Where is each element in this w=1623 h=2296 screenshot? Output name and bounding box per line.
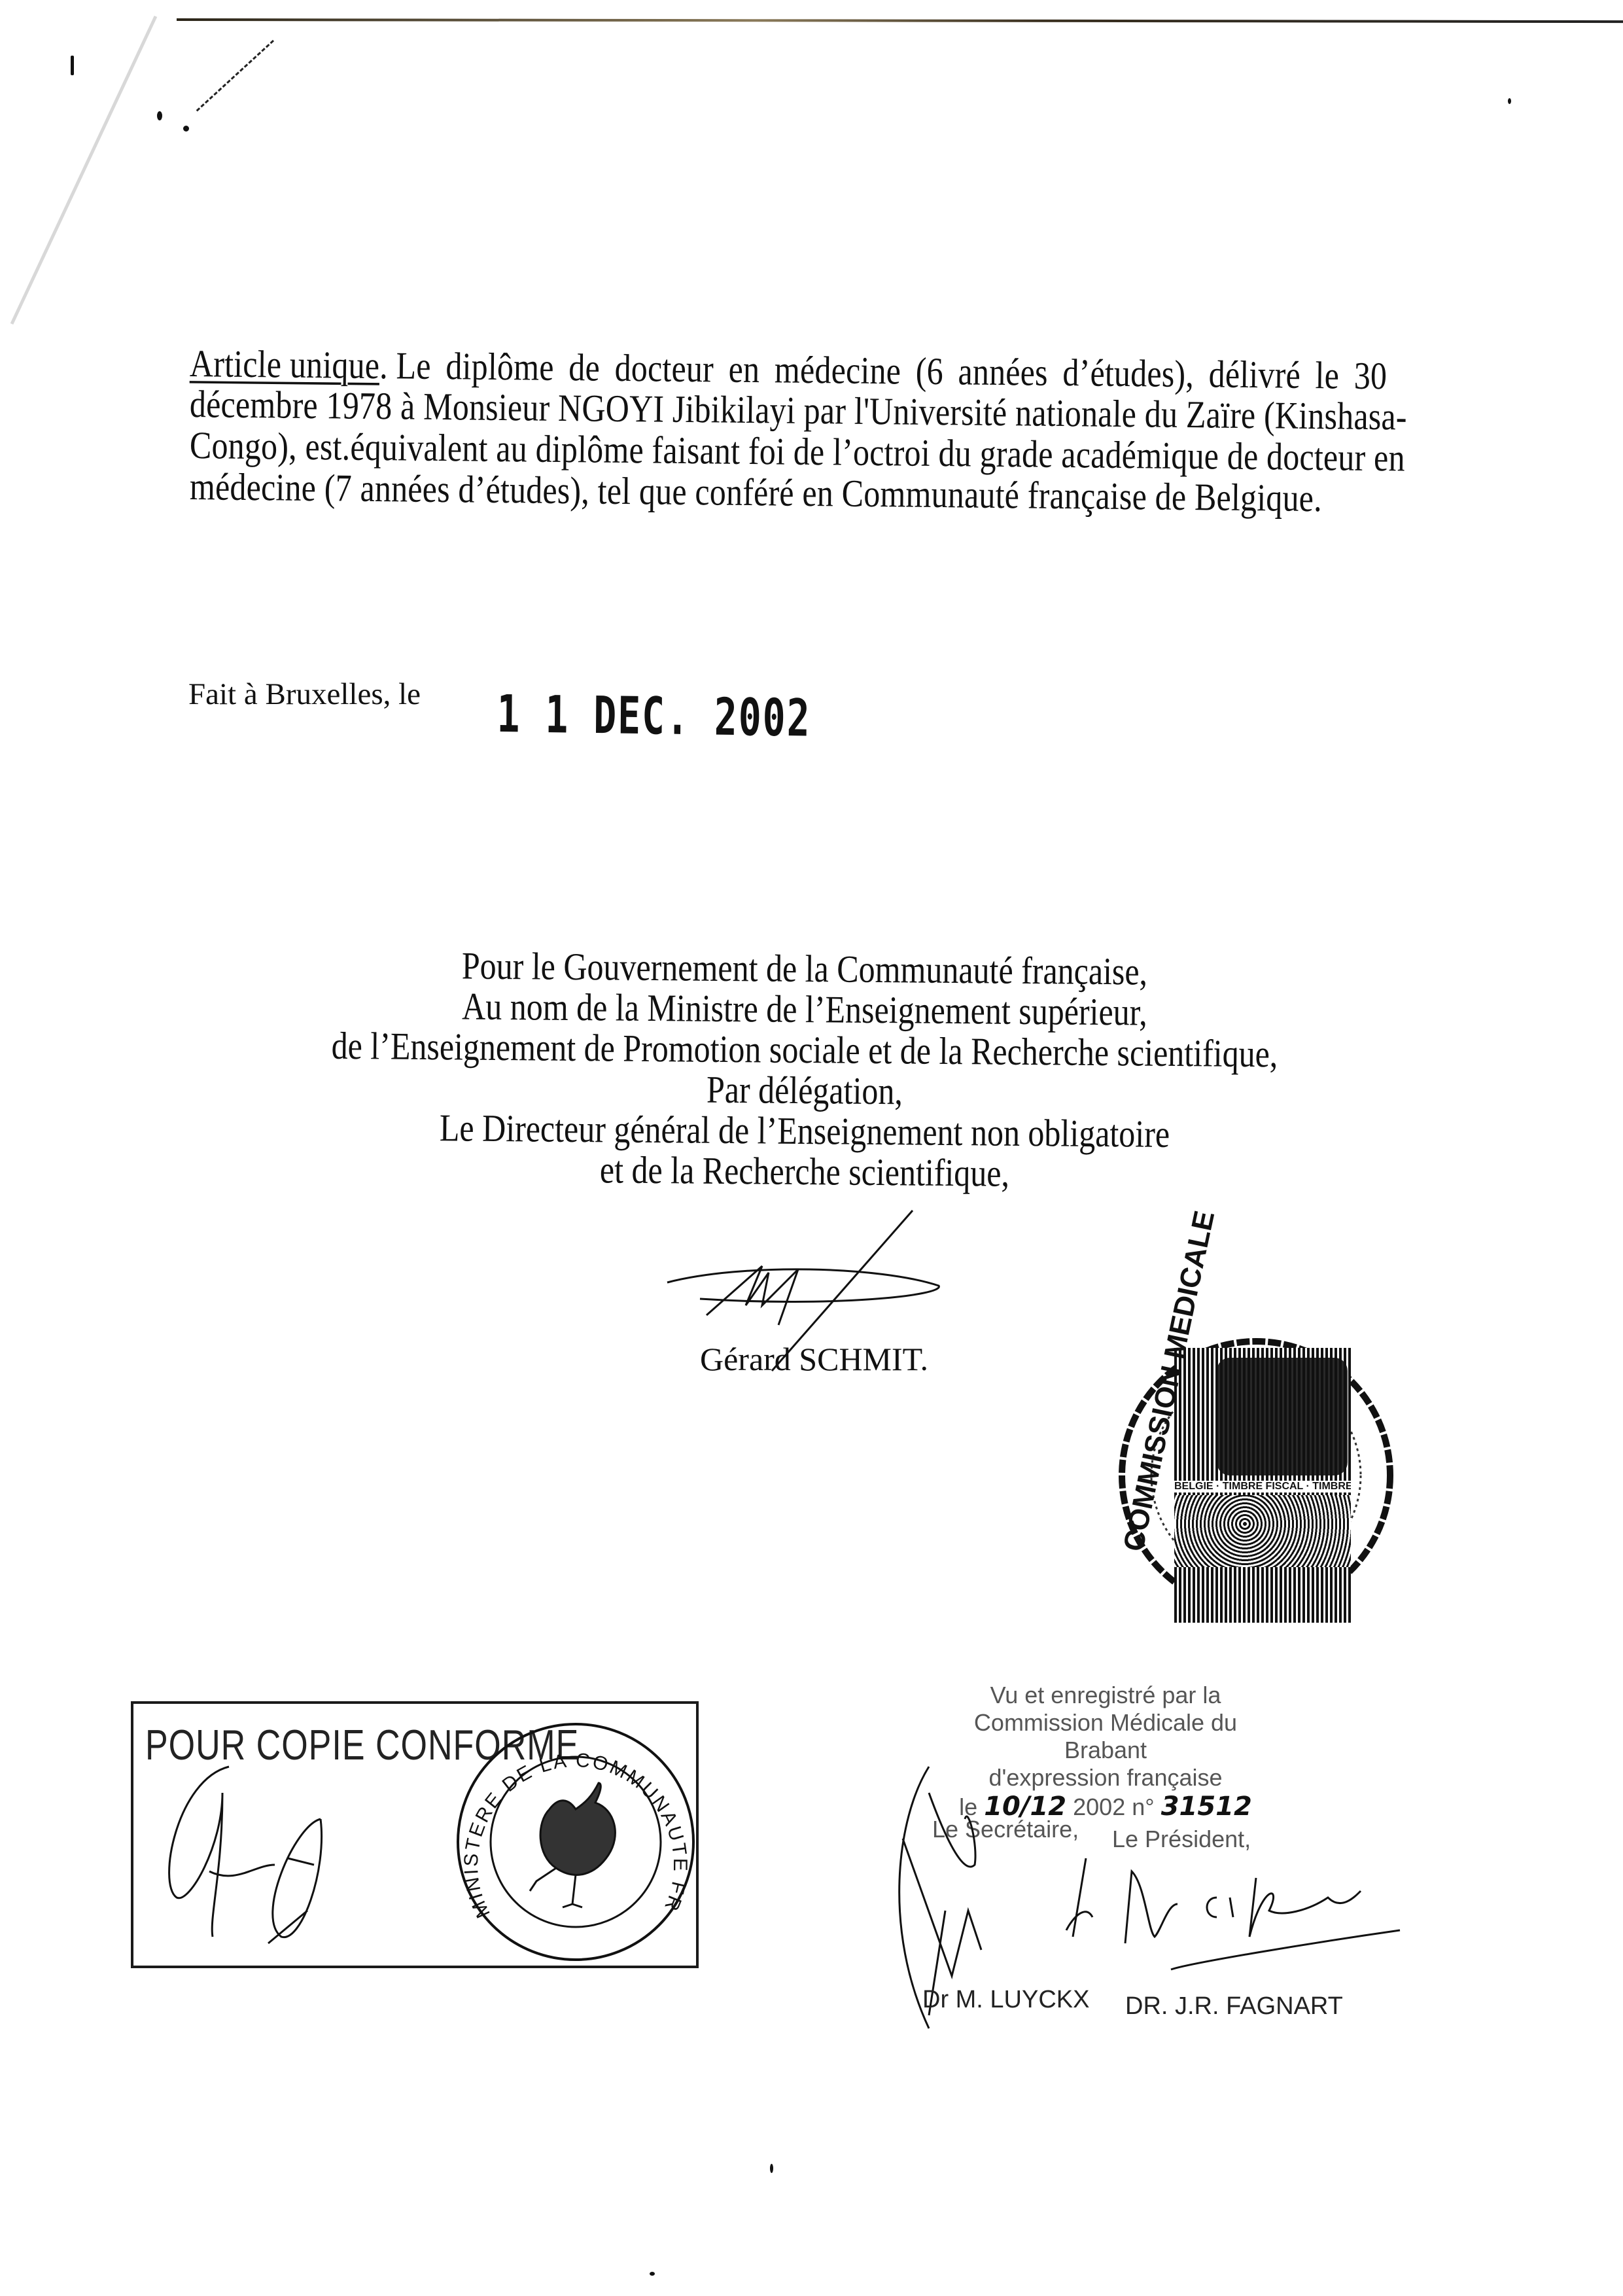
president-signature-icon — [1047, 1858, 1413, 2002]
place-label: Fait à Bruxelles, le — [188, 679, 421, 710]
registration-line-1: Vu et enregistré par la — [935, 1682, 1276, 1709]
signature-line-5: Le Directeur général de l’Enseignement n… — [281, 1107, 1328, 1155]
role-president: Le Président, — [1112, 1826, 1251, 1853]
signature-line-4: Par délégation, — [281, 1067, 1328, 1114]
scan-mark — [1508, 98, 1511, 104]
stamp-band-text: BELGIE · TIMBRE FISCAL · TIMBRE — [1174, 1481, 1351, 1492]
date-stamp: 1 1 DEC. 2002 — [497, 684, 811, 749]
scan-mark — [183, 126, 189, 132]
certifier-signature-icon — [150, 1767, 360, 1963]
rooster-icon — [523, 1783, 628, 1907]
registration-number: 31512 — [1161, 1792, 1252, 1822]
article-line-4: médecine (7 années d’études), tel que co… — [190, 467, 1322, 518]
signatory-name: Gérard SCHMIT. — [700, 1340, 928, 1378]
president-name: DR. J.R. FAGNART — [1125, 1992, 1343, 2021]
secretary-name: Dr M. LUYCKX — [922, 1986, 1089, 2014]
scan-mark — [770, 2164, 773, 2173]
scan-mark — [71, 56, 74, 75]
fiscal-stamp: BELGIE · TIMBRE FISCAL · TIMBRE COMMISSI… — [1112, 1332, 1400, 1619]
signature-line-1: Pour le Gouvernement de la Communauté fr… — [281, 945, 1328, 993]
ministry-seal: MINISTERE DE LA COMMUNAUTE FRANCAISE — [451, 1718, 700, 1966]
signature-line-3: de l’Enseignement de Promotion sociale e… — [281, 1026, 1328, 1074]
scan-mark — [650, 2272, 655, 2276]
signature-line-6: et de la Recherche scientifique, — [281, 1148, 1328, 1195]
page-top-edge — [177, 18, 1623, 23]
registration-line-2: Commission Médicale du Brabant — [935, 1709, 1276, 1764]
article-heading: Article unique — [190, 342, 380, 387]
scan-mark — [157, 111, 162, 120]
page-fold-edge — [0, 0, 196, 340]
